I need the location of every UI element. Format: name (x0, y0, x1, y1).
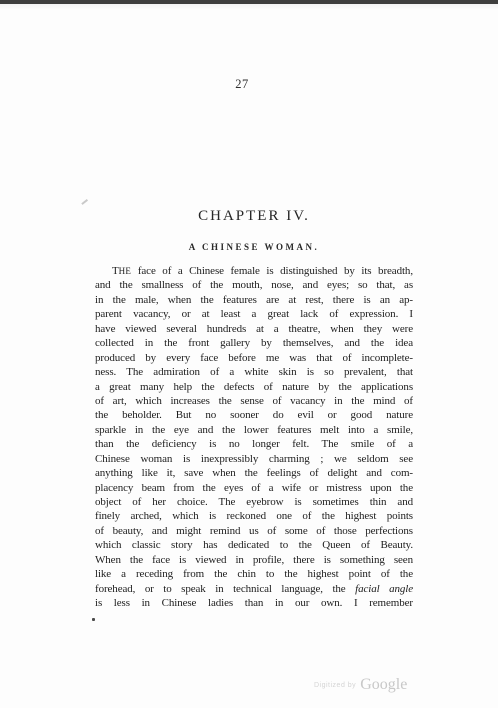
body-line: the beholder. But no sooner do evil or g… (95, 408, 413, 422)
body-line: which classic story has dedicated to the… (95, 538, 413, 552)
body-line: in the male, when the features are at re… (95, 293, 413, 307)
body-line: Chinese woman is inexpressibly charming … (95, 452, 413, 466)
body-line: finely arched, which is reckoned one of … (95, 509, 413, 523)
body-line: produced by every face before me was tha… (95, 351, 413, 365)
body-line: is less in Chinese ladies than in our ow… (95, 596, 413, 610)
scanned-book-page: 27 CHAPTER IV. A CHINESE WOMAN. THE face… (0, 0, 498, 708)
body-line: a great many help the defects of nature … (95, 380, 413, 394)
scan-artifact-scratch (81, 199, 87, 204)
body-line: sparkle in the eye and the lower feature… (95, 423, 413, 437)
body-line: collected in the front gallery by themse… (95, 336, 413, 350)
chapter-heading: CHAPTER IV. (95, 208, 413, 225)
body-line: object of her choice. The eyebrow is som… (95, 495, 413, 509)
body-line: anything like it, save when the feelings… (95, 466, 413, 480)
watermark-prefix: Digitized by (314, 682, 356, 689)
scan-top-edge-fade (0, 4, 498, 10)
scan-artifact-dot (92, 618, 95, 621)
body-line: ness. The admiration of a white skin is … (95, 365, 413, 379)
body-line: parent vacancy, or at least a great lack… (95, 307, 413, 321)
body-line: have viewed several hundreds at a theatr… (95, 322, 413, 336)
body-line: When the face is viewed in profile, ther… (95, 553, 413, 567)
body-line: forehead, or to speak in technical langu… (95, 582, 413, 596)
body-text: THE face of a Chinese female is distingu… (95, 264, 413, 611)
body-line: than the deficiency is no longer felt. T… (95, 437, 413, 451)
body-line: of art, which increases the sense of vac… (95, 394, 413, 408)
section-heading: A CHINESE WOMAN. (95, 242, 413, 252)
page-number: 27 (0, 77, 484, 92)
body-line: and the smallness of the mouth, nose, an… (95, 278, 413, 292)
google-logo-text: Google (360, 676, 407, 693)
body-line: of beauty, and might remind us of some o… (95, 524, 413, 538)
body-line: THE face of a Chinese female is distingu… (95, 264, 413, 278)
body-line: placency beam from the eyes of a wife or… (95, 481, 413, 495)
digitized-by-google-watermark: Digitized by Google (314, 676, 407, 694)
body-line: like a receding from the chin to the hig… (95, 567, 413, 581)
